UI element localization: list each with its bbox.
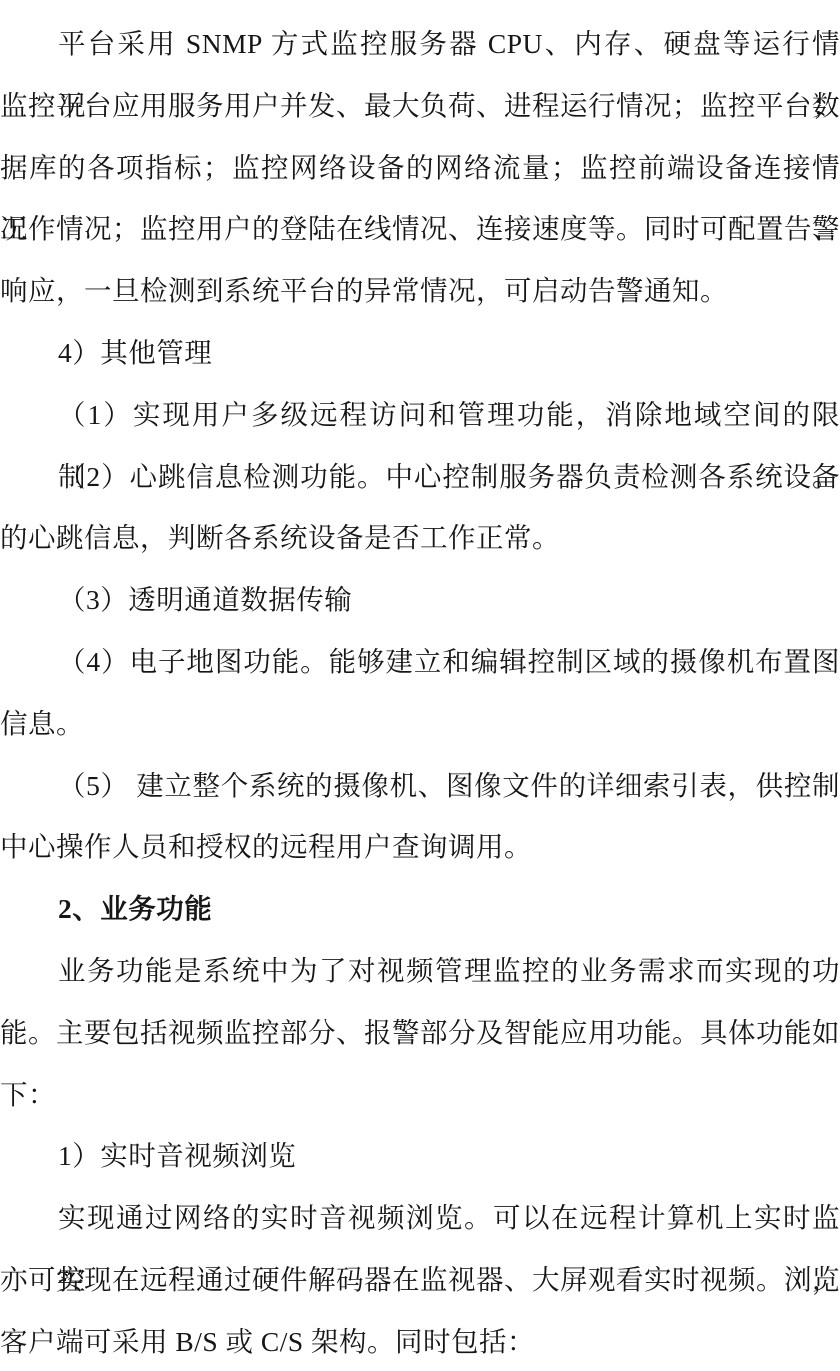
text-line: 1）实时音视频浏览 — [0, 1125, 840, 1187]
text-line: 监控平台应用服务用户并发、最大负荷、进程运行情况；监控平台数 — [0, 75, 840, 137]
text-line: 实现通过网络的实时音视频浏览。可以在远程计算机上实时监控， — [0, 1187, 840, 1249]
text-line: 据库的各项指标；监控网络设备的网络流量；监控前端设备连接情况、 — [0, 137, 840, 199]
text-line: （3）透明通道数据传输 — [0, 569, 840, 631]
document-page: 平台采用 SNMP 方式监控服务器 CPU、内存、硬盘等运行情况；监控平台应用服… — [0, 0, 840, 1371]
text-line: 中心操作人员和授权的远程用户查询调用。 — [0, 816, 840, 878]
text-line: 业务功能是系统中为了对视频管理监控的业务需求而实现的功 — [0, 940, 840, 1002]
text-line: （1）实现用户多级远程访问和管理功能，消除地域空间的限制。 — [0, 384, 840, 446]
text-line: 的心跳信息，判断各系统设备是否工作正常。 — [0, 507, 840, 569]
text-line: 下： — [0, 1064, 840, 1126]
section-heading: 2、业务功能 — [0, 878, 840, 940]
text-line: （5） 建立整个系统的摄像机、图像文件的详细索引表，供控制 — [0, 755, 840, 817]
text-line: （4）电子地图功能。能够建立和编辑控制区域的摄像机布置图 — [0, 631, 840, 693]
text-line: 平台采用 SNMP 方式监控服务器 CPU、内存、硬盘等运行情况； — [0, 13, 840, 75]
text-line: 亦可实现在远程通过硬件解码器在监视器、大屏观看实时视频。浏览 — [0, 1249, 840, 1311]
text-line: 4）其他管理 — [0, 322, 840, 384]
text-lines: 平台采用 SNMP 方式监控服务器 CPU、内存、硬盘等运行情况；监控平台应用服… — [0, 13, 840, 1371]
text-line: （2）心跳信息检测功能。中心控制服务器负责检测各系统设备 — [0, 446, 840, 508]
text-line: 信息。 — [0, 693, 840, 755]
text-line: 客户端可采用 B/S 或 C/S 架构。同时包括： — [0, 1311, 840, 1371]
text-line: 响应，一旦检测到系统平台的异常情况，可启动告警通知。 — [0, 260, 840, 322]
text-line: 工作情况；监控用户的登陆在线情况、连接速度等。同时可配置告警 — [0, 198, 840, 260]
text-line: 能。主要包括视频监控部分、报警部分及智能应用功能。具体功能如 — [0, 1002, 840, 1064]
